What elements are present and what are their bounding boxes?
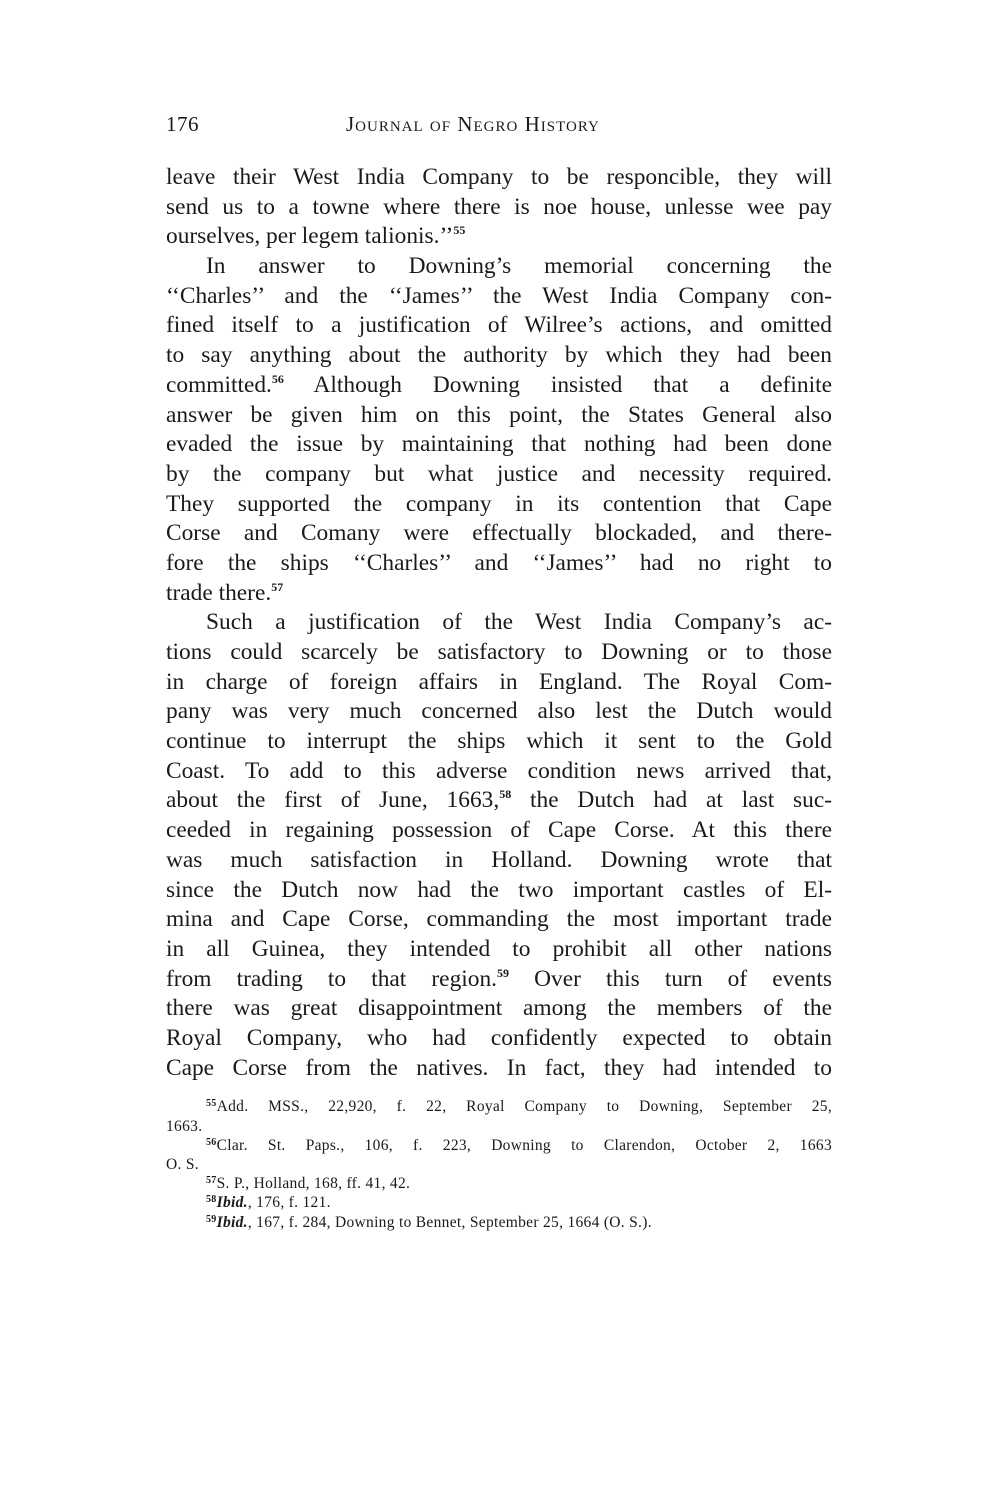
body-line-text: the Dutch had at last suc- (511, 787, 832, 813)
body-line-text: in all Guinea, they intended to prohibit… (166, 936, 832, 962)
body-line-text: Cape Corse from the natives. In fact, th… (166, 1055, 832, 1081)
footnote-text: 1663. (166, 1118, 202, 1135)
body-line: in all Guinea, they intended to prohibit… (166, 935, 832, 965)
body-line-text: fore the ships ‘‘Charles’’ and ‘‘James’’… (166, 550, 832, 576)
body-line: fore the ships ‘‘Charles’’ and ‘‘James’’… (166, 549, 832, 579)
body-line-text: pany was very much concerned also lest t… (166, 698, 832, 724)
body-line: fined itself to a justification of Wilre… (166, 311, 832, 341)
body-line-text: there was great disappointment among the… (166, 995, 832, 1021)
body-line-text: They supported the company in its conten… (166, 491, 832, 517)
body-line-text: in charge of foreign affairs in England.… (166, 669, 832, 695)
footnote-line: 1663. (166, 1117, 832, 1136)
body-line: Royal Company, who had confidently expec… (166, 1024, 832, 1054)
body-line: In answer to Downing’s memorial concerni… (166, 252, 832, 282)
body-line: Coast. To add to this adverse condition … (166, 757, 832, 787)
footnote-text: Clar. St. Paps., 106, f. 223, Downing to… (217, 1137, 832, 1154)
footnote-reference[interactable]: 59 (497, 966, 509, 980)
body-line-text: since the Dutch now had the two importan… (166, 877, 832, 903)
footnote-number: 59 (206, 1214, 217, 1225)
body-line: trade there.57 (166, 579, 832, 609)
footnote-text: O. S. (166, 1156, 199, 1173)
body-line-text: Royal Company, who had confidently expec… (166, 1025, 832, 1051)
body-line-text: Over this turn of events (509, 966, 832, 992)
running-header: 176 Journal of Negro History (166, 108, 832, 148)
body-line-text: Coast. To add to this adverse condition … (166, 758, 832, 784)
footnote-55: 55Add. MSS., 22,920, f. 22, Royal Compan… (166, 1097, 832, 1135)
body-line: ourselves, per legem talionis.’’55 (166, 222, 832, 252)
footnote-reference[interactable]: 56 (272, 372, 284, 386)
body-line: Cape Corse from the natives. In fact, th… (166, 1054, 832, 1084)
body-line-text: leave their West India Company to be res… (166, 164, 832, 190)
document-page: 176 Journal of Negro History leave their… (166, 108, 832, 1232)
body-line-text: fined itself to a justification of Wilre… (166, 312, 832, 338)
body-line-text: Although Downing insisted that a definit… (284, 372, 832, 398)
body-line-text: answer be given him on this point, the S… (166, 402, 832, 428)
footnote-reference[interactable]: 55 (453, 223, 465, 237)
footnotes: 55Add. MSS., 22,920, f. 22, Royal Compan… (166, 1097, 832, 1231)
body-line-text: continue to interrupt the ships which it… (166, 728, 832, 754)
body-line: in charge of foreign affairs in England.… (166, 668, 832, 698)
body-line-text: mina and Cape Corse, commanding the most… (166, 906, 832, 932)
footnote-line: 55Add. MSS., 22,920, f. 22, Royal Compan… (166, 1097, 832, 1116)
footnote-57: 57S. P., Holland, 168, ff. 41, 42. (166, 1174, 832, 1193)
footnote-text: Add. MSS., 22,920, f. 22, Royal Company … (217, 1098, 832, 1115)
body-line-text: about the first of June, 1663, (166, 787, 499, 813)
body-line: about the first of June, 1663,58 the Dut… (166, 786, 832, 816)
body-line: from trading to that region.59 Over this… (166, 965, 832, 995)
body-line-text: committed. (166, 372, 272, 398)
body-line: since the Dutch now had the two importan… (166, 876, 832, 906)
footnote-number: 56 (206, 1137, 217, 1148)
footnote-reference[interactable]: 57 (271, 580, 283, 594)
footnote-line: 56Clar. St. Paps., 106, f. 223, Downing … (166, 1136, 832, 1155)
body-text: leave their West India Company to be res… (166, 163, 832, 1083)
footnote-58: 58Ibid., 176, f. 121. (166, 1193, 832, 1212)
body-line: to say anything about the authority by w… (166, 341, 832, 371)
footnote-number: 55 (206, 1098, 217, 1109)
body-line-text: ceeded in regaining possession of Cape C… (166, 817, 832, 843)
body-line: answer be given him on this point, the S… (166, 401, 832, 431)
footnote-number: 58 (206, 1194, 217, 1205)
footnote-line: 59Ibid., 167, f. 284, Downing to Bennet,… (166, 1213, 832, 1232)
body-line-text: ‘‘Charles’’ and the ‘‘James’’ the West I… (166, 283, 832, 309)
body-line-text: Such a justification of the West India C… (206, 609, 832, 635)
body-line: was much satisfaction in Holland. Downin… (166, 846, 832, 876)
body-line-text: evaded the issue by maintaining that not… (166, 431, 832, 457)
footnote-text: , 176, f. 121. (248, 1194, 331, 1211)
body-line: by the company but what justice and nece… (166, 460, 832, 490)
body-line-text: by the company but what justice and nece… (166, 461, 832, 487)
body-line: They supported the company in its conten… (166, 490, 832, 520)
footnote-ibid: Ibid. (217, 1214, 248, 1231)
body-line-text: from trading to that region. (166, 966, 497, 992)
footnote-56: 56Clar. St. Paps., 106, f. 223, Downing … (166, 1136, 832, 1174)
body-line: committed.56 Although Downing insisted t… (166, 371, 832, 401)
footnote-line: 57S. P., Holland, 168, ff. 41, 42. (166, 1174, 832, 1193)
footnote-ibid: Ibid. (217, 1194, 248, 1211)
body-line-text: In answer to Downing’s memorial concerni… (206, 253, 832, 279)
body-line: continue to interrupt the ships which it… (166, 727, 832, 757)
body-line: ‘‘Charles’’ and the ‘‘James’’ the West I… (166, 282, 832, 312)
body-line: Corse and Comany were effectually blocka… (166, 519, 832, 549)
journal-title: Journal of Negro History (346, 112, 600, 137)
body-line: Such a justification of the West India C… (166, 608, 832, 638)
body-line: leave their West India Company to be res… (166, 163, 832, 193)
footnote-line: 58Ibid., 176, f. 121. (166, 1193, 832, 1212)
body-line-text: was much satisfaction in Holland. Downin… (166, 847, 832, 873)
body-line-text: trade there. (166, 580, 271, 606)
footnote-line: O. S. (166, 1155, 832, 1174)
body-line: pany was very much concerned also lest t… (166, 697, 832, 727)
body-line-text: to say anything about the authority by w… (166, 342, 832, 368)
footnote-text: , 167, f. 284, Downing to Bennet, Septem… (248, 1214, 652, 1231)
body-line: mina and Cape Corse, commanding the most… (166, 905, 832, 935)
body-line: ceeded in regaining possession of Cape C… (166, 816, 832, 846)
body-line: there was great disappointment among the… (166, 994, 832, 1024)
body-line: send us to a towne where there is noe ho… (166, 193, 832, 223)
body-line-text: ourselves, per legem talionis.’’ (166, 223, 453, 249)
body-line: evaded the issue by maintaining that not… (166, 430, 832, 460)
body-line-text: tions could scarcely be satisfactory to … (166, 639, 832, 665)
footnote-reference[interactable]: 58 (499, 787, 511, 801)
footnote-text: S. P., Holland, 168, ff. 41, 42. (217, 1175, 411, 1192)
body-line: tions could scarcely be satisfactory to … (166, 638, 832, 668)
footnote-number: 57 (206, 1175, 217, 1186)
page-number: 176 (166, 112, 199, 137)
body-line-text: Corse and Comany were effectually blocka… (166, 520, 832, 546)
footnote-59: 59Ibid., 167, f. 284, Downing to Bennet,… (166, 1213, 832, 1232)
body-line-text: send us to a towne where there is noe ho… (166, 194, 832, 220)
